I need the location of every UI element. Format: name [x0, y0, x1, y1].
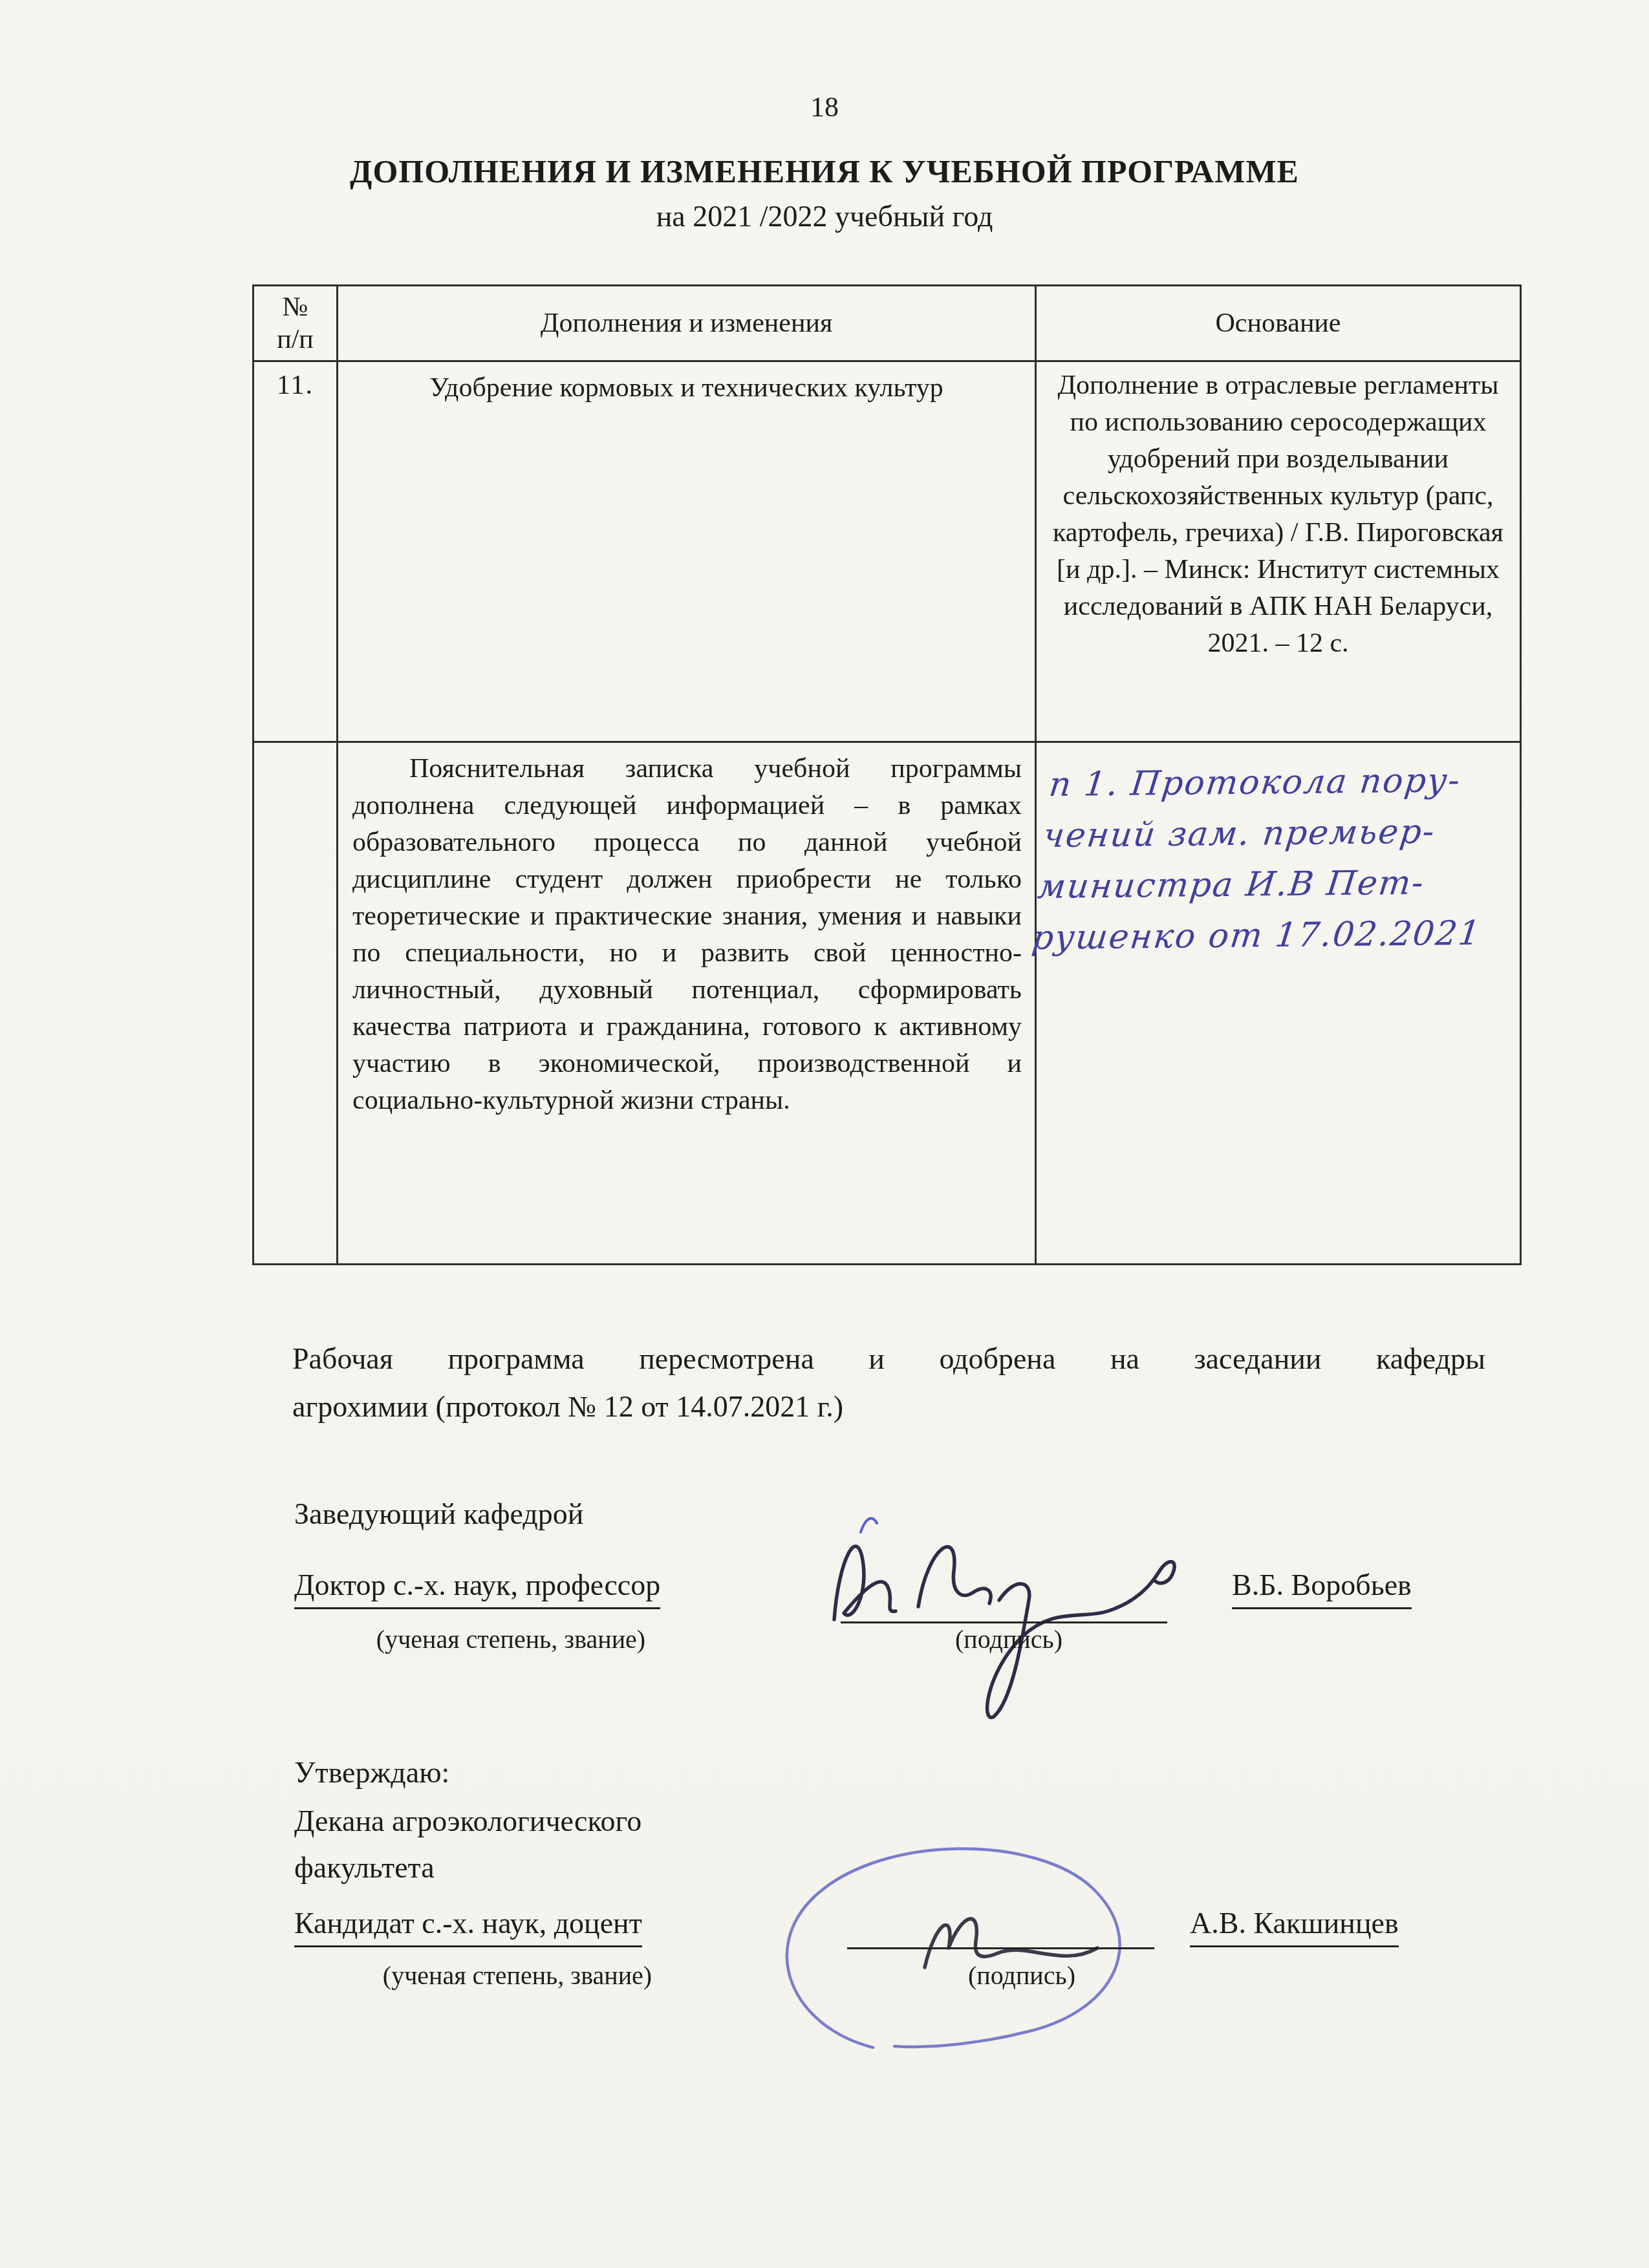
- degree-text: Кандидат с.-х. наук, доцент: [294, 1906, 642, 1947]
- handwritten-line: министра И.В Пет-: [1035, 857, 1505, 913]
- name-text: А.В. Какшинцев: [1190, 1906, 1399, 1947]
- revision-note-line1: Рабочая программа пересмотрена и одобрен…: [292, 1335, 1485, 1383]
- document-subtitle: на 2021 /2022 учебный год: [0, 199, 1649, 233]
- dean-degree: Кандидат с.-х. наук, доцент: [294, 1906, 642, 1947]
- dean-name: А.В. Какшинцев: [1190, 1906, 1399, 1947]
- department-head-signature: [799, 1468, 1212, 1752]
- document-title: ДОПОЛНЕНИЯ И ИЗМЕНЕНИЯ К УЧЕБНОЙ ПРОГРАМ…: [0, 153, 1649, 190]
- revision-note: Рабочая программа пересмотрена и одобрен…: [292, 1335, 1485, 1431]
- addition-cell: Удобрение кормовых и технических культур: [338, 361, 1036, 742]
- department-head-degree: Доктор с.-х. наук, профессор: [294, 1568, 660, 1609]
- column-header-additions: Дополнения и изменения: [338, 286, 1036, 361]
- column-header-basis: Основание: [1036, 286, 1521, 361]
- department-head-role: Заведующий кафедрой: [294, 1497, 583, 1531]
- column-header-num: № п/п: [253, 286, 338, 361]
- addition-paragraph: Пояснительная записка учебной программы …: [352, 751, 1022, 1119]
- degree-caption: (ученая степень, звание): [327, 1960, 708, 1991]
- handwritten-note: п 1. Протокола пору- чений зам. премьер-…: [1029, 754, 1516, 963]
- signature-line: [841, 1621, 1167, 1623]
- table-row: Пояснительная записка учебной программы …: [253, 742, 1521, 1265]
- dean-signature: [727, 1833, 1193, 2053]
- handwritten-line: рушенко от 17.02.2021: [1029, 908, 1500, 964]
- basis-cell: Дополнение в отраслевые регламенты по ис…: [1036, 361, 1521, 742]
- document-page: 18 ДОПОЛНЕНИЯ И ИЗМЕНЕНИЯ К УЧЕБНОЙ ПРОГ…: [0, 0, 1649, 2268]
- page-number: 18: [0, 91, 1649, 123]
- dean-position-line2: факультета: [294, 1850, 435, 1885]
- table-row: 11. Удобрение кормовых и технических кул…: [253, 361, 1521, 742]
- signature-line: [847, 1947, 1154, 1949]
- row-number-cell: [253, 742, 338, 1265]
- degree-text: Доктор с.-х. наук, профессор: [294, 1568, 660, 1609]
- handwritten-line: чений зам. премьер-: [1040, 806, 1511, 862]
- addition-cell: Пояснительная записка учебной программы …: [338, 742, 1036, 1265]
- dean-position-line1: Декана агроэкологического: [294, 1804, 641, 1838]
- additions-table: № п/п Дополнения и изменения Основание 1…: [252, 284, 1522, 1265]
- name-text: В.Б. Воробьев: [1232, 1568, 1412, 1609]
- signature-caption: (подпись): [925, 1960, 1119, 1991]
- department-head-name: В.Б. Воробьев: [1232, 1568, 1412, 1609]
- revision-note-line2: агрохимии (протокол № 12 от 14.07.2021 г…: [292, 1383, 1485, 1431]
- handwritten-line: п 1. Протокола пору-: [1046, 754, 1516, 811]
- basis-cell-handwritten: п 1. Протокола пору- чений зам. премьер-…: [1036, 742, 1521, 1265]
- degree-caption: (ученая степень, звание): [323, 1624, 698, 1654]
- row-number-cell: 11.: [253, 361, 338, 742]
- approve-label: Утверждаю:: [294, 1755, 449, 1790]
- signature-caption: (подпись): [918, 1624, 1099, 1654]
- table-header-row: № п/п Дополнения и изменения Основание: [253, 286, 1521, 361]
